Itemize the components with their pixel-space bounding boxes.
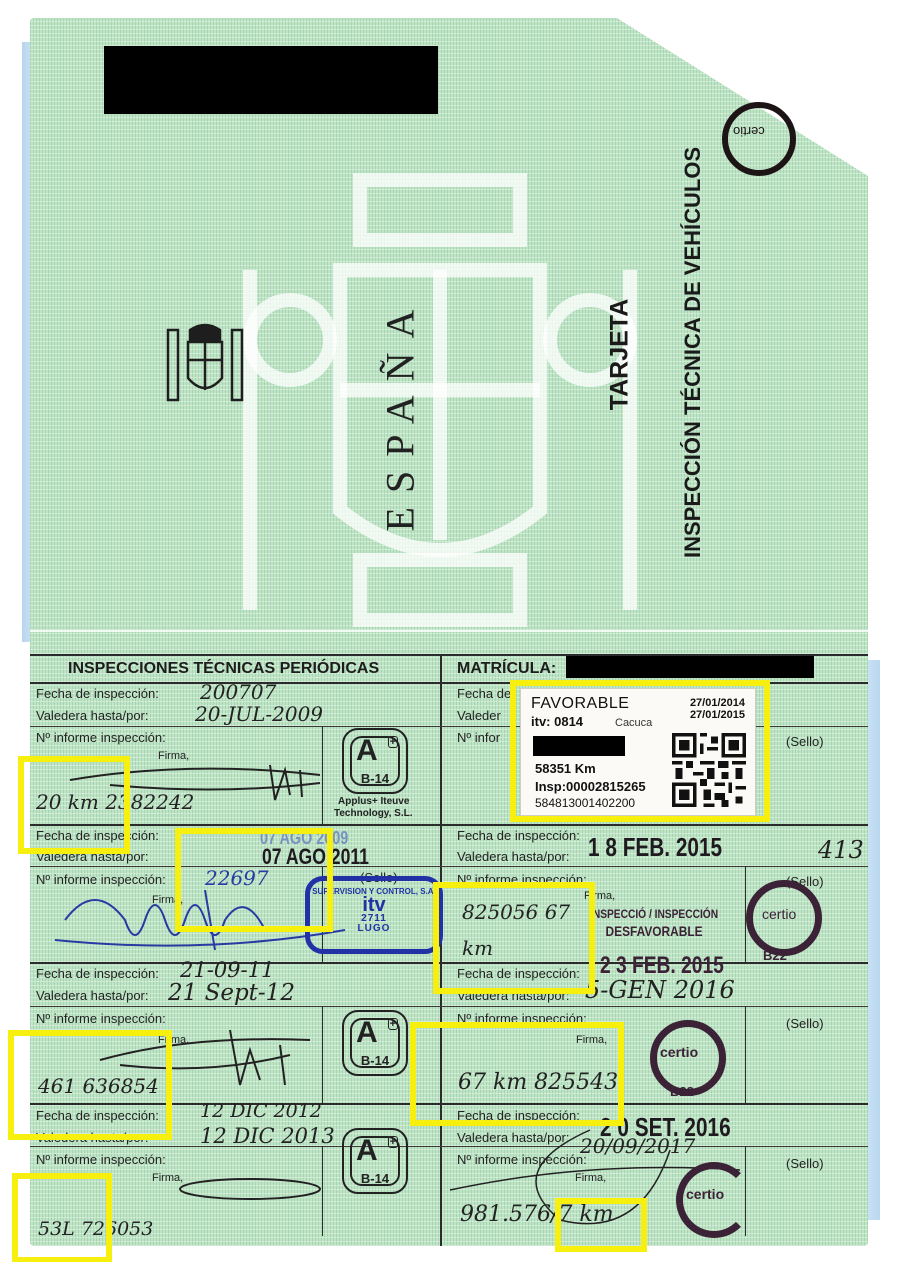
side-note: 413 [818,836,864,864]
right-column-header-label: MATRÍCULA: [457,660,556,678]
valedera-value: 5-GEN 2016 [585,976,735,1004]
sello-label: (Sello) [786,1016,824,1031]
signature [175,1175,325,1205]
informe-label: Nº informe inspección: [36,1011,166,1026]
certio-stamp-cover [722,102,796,176]
informe-label: Nº informe inspección: [36,730,166,745]
sub-divider [30,1006,868,1007]
highlight-box [12,1173,112,1262]
row-divider-1 [30,824,868,826]
owner-name-redaction [104,46,438,114]
coat-of-arms-watermark [230,140,650,640]
certio-stamp-cover-label: certio [733,124,765,139]
stamp-code: B22 [670,1084,694,1099]
valedera-label: Valeder [457,708,501,723]
highlight-box [18,756,130,854]
fecha-value: 200707 [200,680,276,704]
left-column-header: INSPECCIONES TÉCNICAS PERIÓDICAS [68,660,379,678]
valedera-value: 21 Sept-12 [168,980,295,1006]
fecha-label: Fecha de inspección: [36,686,159,701]
highlight-box [555,1198,647,1252]
sello-label: (Sello) [786,1156,824,1171]
stamp-company: Applus+ Iteuve [338,796,409,807]
certio-stamp-label: certio [660,1044,698,1060]
applus-stamp: A + B-14 [342,728,408,794]
informe-label: Nº infor [457,730,500,745]
fecha-value: 21-09-11 [180,958,274,982]
stamp-code: B22 [763,948,787,963]
highlight-box [510,680,770,822]
valedera-label: Valedera hasta/por: [36,988,149,1003]
sello-label: (Sello) [786,734,824,749]
applus-stamp: A + B-14 [342,1010,408,1076]
highlight-box [433,882,595,994]
fecha-label: Fecha de inspección: [36,966,159,981]
informe-label: Nº informe inspección: [36,1152,166,1167]
country-title: ESPAÑA [377,264,424,564]
valedera-label: Valedera hasta/por: [457,849,570,864]
valedera-value: 20-JUL-2009 [195,702,323,726]
card-title: TARJETA [606,275,635,435]
highlight-box [8,1030,172,1140]
highlight-box [175,828,333,932]
sub-divider [30,866,868,867]
certio-stamp-label: certio [686,1186,724,1202]
sello-divider [322,1006,323,1103]
highlight-box [410,1022,624,1126]
fecha-value: 1 8 FEB. 2015 [588,832,722,863]
valedera-label: Valedera hasta/por: [36,708,149,723]
stamp-company-2: Technology, S.L. [334,808,413,819]
fecha-label: Fecha de inspección: [457,828,580,843]
applus-stamp: A + B-14 [342,1128,408,1194]
fecha-label: Fecha de [457,686,511,701]
plate-redaction [566,656,814,678]
sello-divider [745,1006,746,1103]
desfavorable-stamp: INSPECCIÓ / INSPECCIÓN DESFAVORABLE [590,906,718,940]
valedera-value: 12 DIC 2013 [200,1124,335,1148]
spain-coat-of-arms-icon [160,320,250,410]
fecha-value: 12 DIC 2012 [200,1100,322,1122]
card-subtitle: INSPECCIÓN TÉCNICA DE VEHÍCULOS [680,158,706,558]
certio-stamp-label: certio [762,906,796,922]
